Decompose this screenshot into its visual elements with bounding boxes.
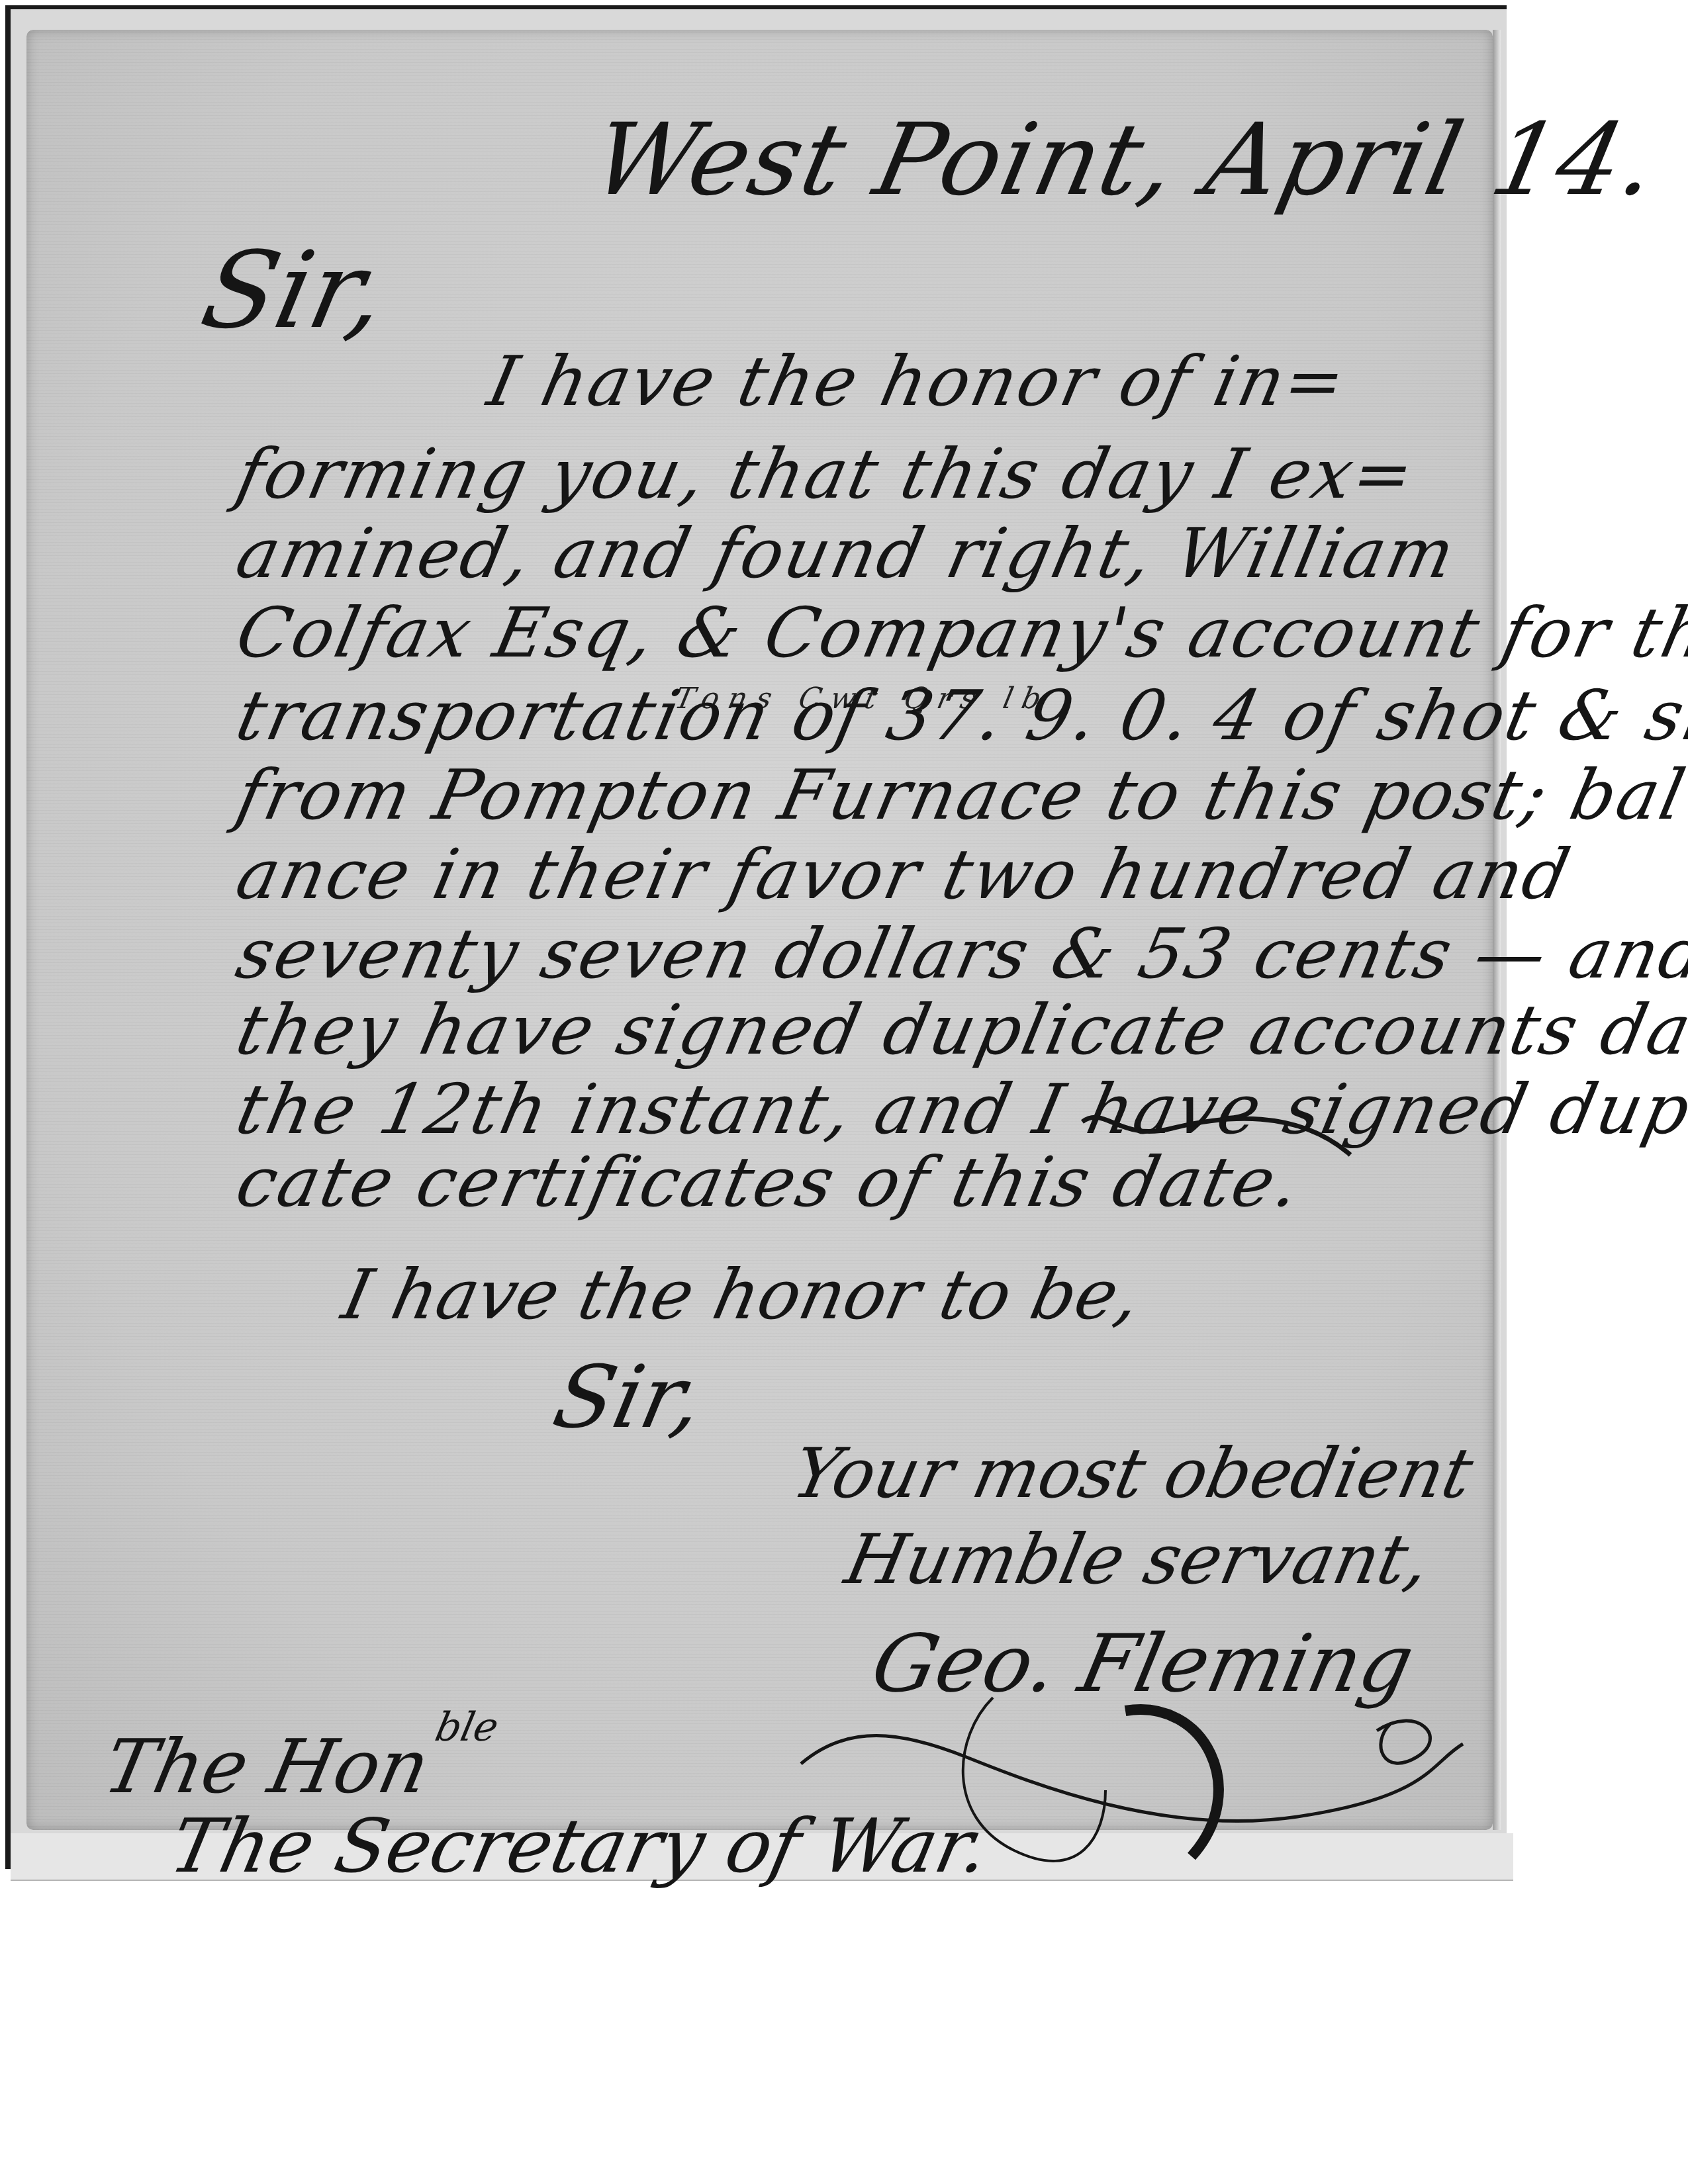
addressee-line-2: The Secretary of War. [163,1803,997,1889]
body-line-1: I have the honor of in= [481,341,1354,422]
letter-page: West Point, April 14. 1792 12 Sir, I hav… [26,30,1493,1830]
closing-line-3: Your most obedient [786,1433,1479,1514]
body-line-6: from Pompton Furnace to this post; bal= [230,754,1688,835]
addressee-prefix: The Hon [97,1724,437,1810]
line-end-flourish [1079,1102,1357,1161]
body-line-8: seventy seven dollars & 53 cents — and t… [230,913,1688,994]
body-line-10: the 12th instant, and I have signed dupl… [230,1069,1688,1150]
dateline: West Point, April 14. 1792 12 [584,103,1688,218]
salutation: Sir, [192,228,397,352]
body-line-7: ance in their favor two hundred and [230,834,1579,915]
closing-line-2: Sir, [545,1347,712,1447]
closing-line-4: Humble servant, [839,1519,1437,1600]
dateline-date: April 14. 1792 [1196,103,1688,218]
closing-line-1: I have the honor to be, [336,1254,1147,1335]
addressee-line-1: The Honble [97,1724,498,1810]
addressee-superscript: ble [431,1704,502,1751]
body-line-4: Colfax Esq, & Company's account for the [230,592,1688,673]
body-line-9: they have signed duplicate accounts date… [230,989,1688,1070]
body-line-5: transportation of 37. 9. 0. 4 of shot & … [230,675,1688,756]
body-line-3: amined, and found right, William [230,513,1464,594]
dateline-place: West Point, [584,103,1188,218]
body-line-2: forming you, that this day I ex= [230,433,1423,514]
